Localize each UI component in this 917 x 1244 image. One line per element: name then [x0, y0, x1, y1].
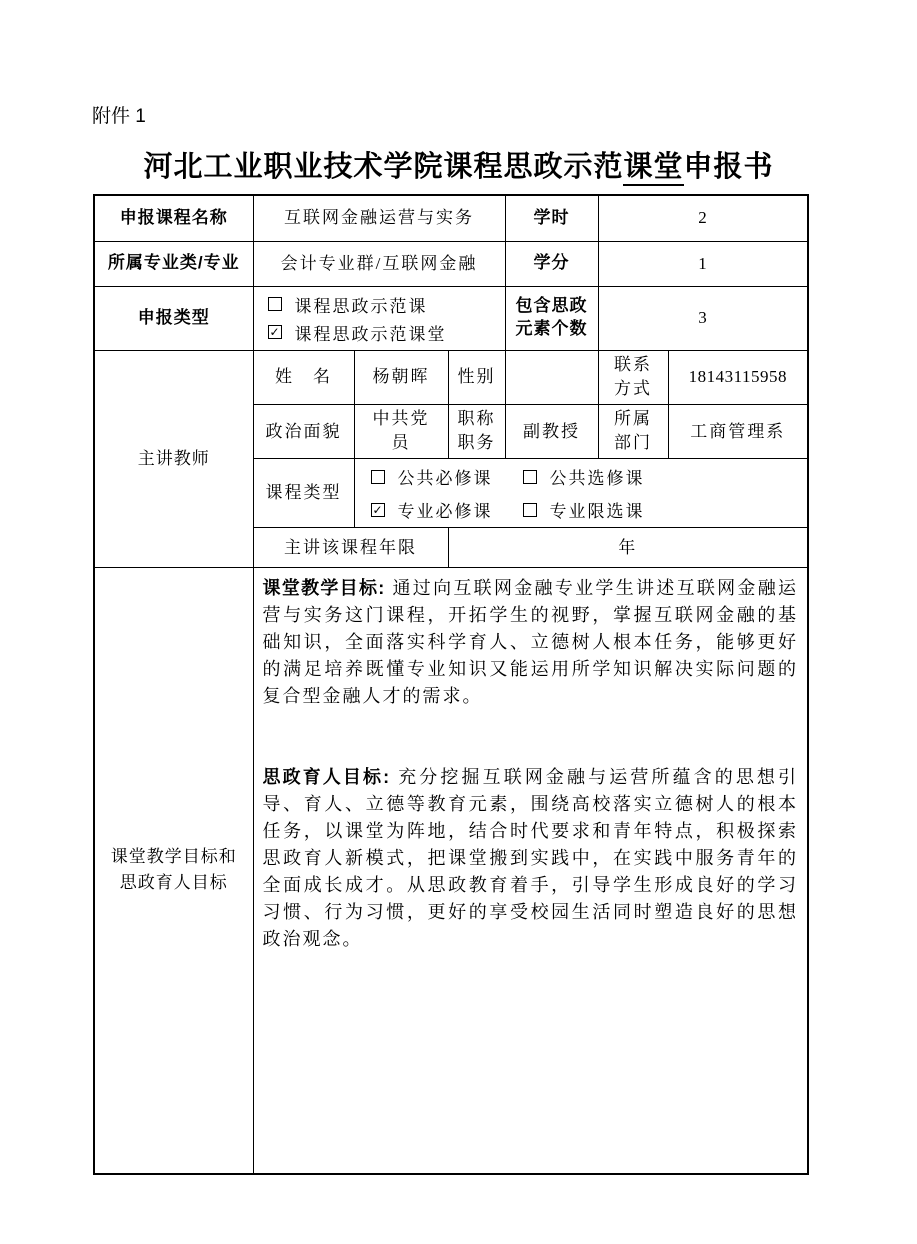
attachment-label: 附件 1: [92, 101, 146, 128]
apply-type-option-demo-classroom: ✓ 课程思政示范课堂: [268, 320, 501, 345]
document-title: 河北工业职业技术学院课程思政示范课堂申报书: [0, 144, 917, 185]
teacher-contact-value: 18143115958: [668, 350, 808, 404]
objectives-section-label: 课堂教学目标和 思政育人目标: [94, 568, 253, 1174]
political-status-value-text: 中共党员: [372, 407, 431, 456]
teacher-gender-label: 性别: [448, 350, 505, 404]
checkbox-unchecked-icon: [523, 470, 537, 484]
course-type-grid: 公共必修课 公共选修课 ✓ 专业必修课 专业限选课: [369, 461, 804, 525]
political-status-value: 中共党员: [354, 404, 448, 458]
hours-label: 学时: [505, 195, 598, 241]
row-teacher-name: 主讲教师 姓 名 杨朝晖 性别 联系方式 18143115958: [94, 350, 808, 404]
teacher-contact-label: 联系方式: [598, 350, 668, 404]
teacher-contact-label-text: 联系方式: [612, 353, 654, 402]
course-type-option-public-elective: 公共选修课: [523, 464, 645, 489]
row-apply-type: 申报类型 课程思政示范课 ✓ 课程思政示范课堂 包含思政元素个数 3: [94, 286, 808, 350]
ideological-objective-paragraph: 思政育人目标:充分挖掘互联网金融与运营所蕴含的思想引导、育人、立德等教育元素，围…: [263, 764, 799, 953]
teacher-name-value: 杨朝晖: [354, 350, 448, 404]
checkbox-unchecked-icon: [371, 470, 385, 484]
objectives-label-line2: 思政育人目标: [99, 870, 249, 896]
apply-type-label: 申报类型: [94, 286, 253, 350]
apply-type-option-demo-course: 课程思政示范课: [268, 292, 501, 317]
department-value: 工商管理系: [668, 404, 808, 458]
teacher-name-label: 姓 名: [253, 350, 354, 404]
teaching-years-label: 主讲该课程年限: [253, 528, 448, 568]
course-type-options: 公共必修课 公共选修课 ✓ 专业必修课 专业限选课: [354, 459, 808, 528]
title-position-label: 职称职务: [448, 404, 505, 458]
apply-type-option-label: 课程思政示范课堂: [295, 320, 447, 345]
elements-count-value: 3: [598, 286, 808, 350]
teacher-section-label: 主讲教师: [94, 350, 253, 568]
department-label-text: 所属部门: [612, 407, 654, 456]
course-type-label: 课程类型: [253, 459, 354, 528]
course-type-option-label: 专业必修课: [398, 497, 493, 522]
course-type-option-major-limited: 专业限选课: [523, 497, 645, 522]
row-major: 所属专业类/专业 会计专业群/互联网金融 学分 1: [94, 241, 808, 286]
major-label: 所属专业类/专业: [94, 241, 253, 286]
credits-value: 1: [598, 241, 808, 286]
teacher-gender-value: [505, 350, 598, 404]
row-objectives: 课堂教学目标和 思政育人目标 课堂教学目标:通过向互联网金融专业学生讲述互联网金…: [94, 568, 808, 1174]
course-type-option-label: 公共必修课: [398, 464, 493, 489]
department-label: 所属部门: [598, 404, 668, 458]
course-type-option-label: 公共选修课: [550, 464, 645, 489]
course-name-label: 申报课程名称: [94, 195, 253, 241]
ideological-objective-label: 思政育人目标:: [263, 767, 391, 787]
objectives-label-line1: 课堂教学目标和: [99, 844, 249, 870]
title-prefix: 河北工业职业技术学院课程思政示范: [143, 151, 623, 183]
title-position-value: 副教授: [505, 404, 598, 458]
apply-type-option-label: 课程思政示范课: [295, 292, 428, 317]
course-type-option-label: 专业限选课: [550, 497, 645, 522]
hours-value: 2: [598, 195, 808, 241]
teaching-objective-paragraph: 课堂教学目标:通过向互联网金融专业学生讲述互联网金融运营与实务这门课程，开拓学生…: [263, 575, 799, 710]
title-position-label-text: 职称职务: [456, 407, 498, 456]
checkbox-unchecked-icon: [523, 503, 537, 517]
row-course-name: 申报课程名称 互联网金融运营与实务 学时 2: [94, 195, 808, 241]
application-form-table: 申报课程名称 互联网金融运营与实务 学时 2 所属专业类/专业 会计专业群/互联…: [93, 194, 809, 1175]
title-underlined-text: 课堂: [623, 151, 683, 186]
objectives-content: 课堂教学目标:通过向互联网金融专业学生讲述互联网金融运营与实务这门课程，开拓学生…: [253, 568, 808, 1174]
title-suffix: 申报书: [684, 151, 774, 183]
course-name-value: 互联网金融运营与实务: [253, 195, 505, 241]
checkbox-checked-icon: ✓: [268, 325, 282, 339]
checkbox-checked-icon: ✓: [371, 503, 385, 517]
course-type-option-public-required: 公共必修课: [371, 464, 493, 489]
document-page: 附件 1 河北工业职业技术学院课程思政示范课堂申报书 申报课程名称 互联网金融运…: [0, 0, 917, 1244]
teaching-objective-label: 课堂教学目标:: [263, 578, 386, 598]
course-type-option-major-required: ✓ 专业必修课: [371, 497, 493, 522]
ideological-objective-text: 充分挖掘互联网金融与运营所蕴含的思想引导、育人、立德等教育元素，围绕高校落实立德…: [263, 767, 799, 949]
apply-type-options: 课程思政示范课 ✓ 课程思政示范课堂: [253, 286, 505, 350]
elements-count-label: 包含思政元素个数: [505, 286, 598, 350]
credits-label: 学分: [505, 241, 598, 286]
checkbox-unchecked-icon: [268, 297, 282, 311]
teaching-years-value: 年: [448, 528, 808, 568]
major-value: 会计专业群/互联网金融: [253, 241, 505, 286]
political-status-label: 政治面貌: [253, 404, 354, 458]
